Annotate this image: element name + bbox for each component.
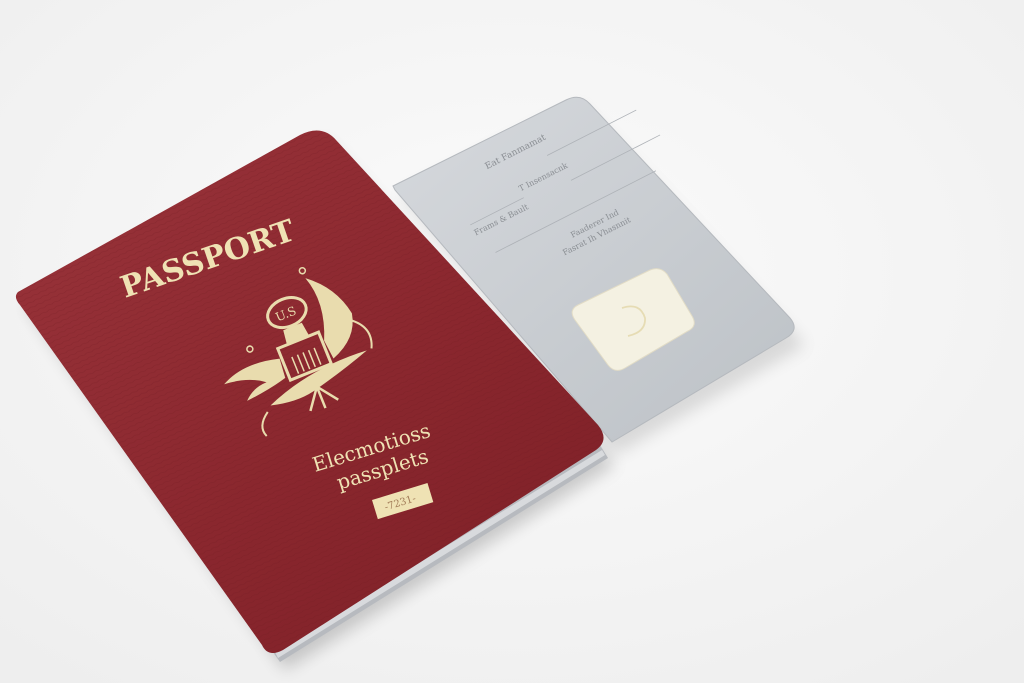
passport-photo-scene: Eat Fanmamat T Insensacnk Frams & Bault … bbox=[0, 0, 1024, 683]
